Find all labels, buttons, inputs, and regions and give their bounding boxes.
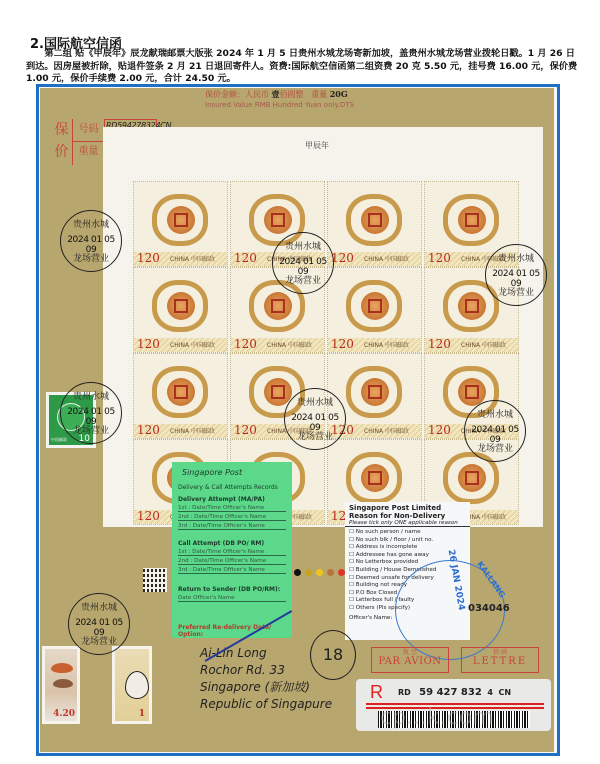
date-postmark: 贵州水城2024 01 05 09龙场营业 <box>284 388 346 450</box>
delivery-attempts-card: Singapore Post Delivery & Call Attempts … <box>172 462 292 638</box>
qr-code <box>143 568 167 592</box>
bird-stamp-2: 1 <box>112 646 152 724</box>
date-postmark: 贵州水城2024 01 05 09龙场营业 <box>485 244 547 306</box>
insured-value-label: 保价金额：人民币 壹佰圆整 重量 20G Insured Value RMB H… <box>205 89 354 110</box>
box-number: 034046 <box>468 603 510 614</box>
date-postmark: 贵州水城2024 01 05 09龙场营业 <box>60 210 122 272</box>
date-postmark: 贵州水城2024 01 05 09龙场营业 <box>68 593 130 655</box>
lettre-label: 信 函LETTRE <box>461 647 539 673</box>
bird-stamp-1: 4.20 <box>42 646 80 724</box>
par-avion-label: 航 空PAR AVION <box>371 647 449 673</box>
circled-number: 18 <box>310 630 356 680</box>
date-postmark: 贵州水城2024 01 05 09龙场营业 <box>272 232 334 294</box>
dragon-stamp: 120CHINA 中国邮政 <box>133 353 228 439</box>
watermark: cp...k.com <box>380 705 494 730</box>
insured-handstamp-left: 保价 <box>51 119 73 165</box>
dragon-stamp: 120CHINA 中国邮政 <box>327 267 422 353</box>
insured-value-handwritten: 壹 <box>272 89 280 99</box>
description-paragraph: 第二组 贴《甲辰年》辰龙献瑞邮票大版张 2024 年 1 月 5 日贵州水城龙场… <box>26 48 582 86</box>
dragon-stamp: 120CHINA 中国邮政 <box>327 181 422 267</box>
dragon-stamp: 120CHINA 中国邮政 <box>133 267 228 353</box>
reason-option: No such person / name <box>345 529 470 537</box>
sheet-title: 甲辰年 <box>305 140 329 151</box>
date-postmark: 贵州水城2024 01 05 09龙场营业 <box>60 382 122 444</box>
singpost-logo: Singapore Post <box>182 468 242 477</box>
date-postmark: 贵州水城2024 01 05 09龙场营业 <box>464 400 526 462</box>
dragon-stamp: 120CHINA 中国邮政 <box>133 181 228 267</box>
color-registration-dots <box>294 569 345 576</box>
insured-handstamp-mid: 号码重量 <box>73 119 105 165</box>
weight-handwritten: 20G <box>330 89 348 99</box>
